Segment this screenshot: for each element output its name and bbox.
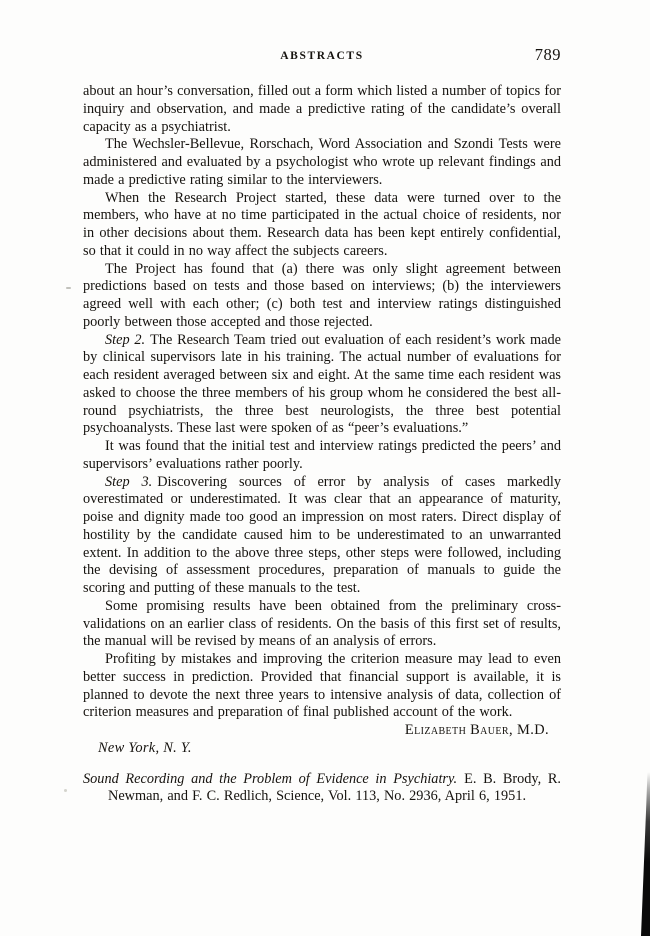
- page-number: 789: [535, 46, 561, 64]
- paragraph: Step 2.The Research Team tried out evalu…: [83, 332, 561, 439]
- paragraph-text: The Wechsler-Bellevue, Rorschach, Word A…: [83, 136, 561, 188]
- abstract-citation: Sound Recording and the Problem of Evide…: [83, 771, 561, 807]
- article-body: about an hour’s conversation, filled out…: [83, 83, 561, 806]
- paragraph: It was found that the initial test and i…: [83, 438, 561, 474]
- paragraph: The Wechsler-Bellevue, Rorschach, Word A…: [83, 136, 561, 189]
- running-title: ABSTRACTS: [83, 49, 561, 64]
- step-label: Step 2.: [105, 332, 145, 348]
- journal-page: ABSTRACTS 789 about an hour’s conversati…: [0, 0, 650, 936]
- paragraph: When the Research Project started, these…: [83, 190, 561, 261]
- paragraph: about an hour’s conversation, filled out…: [83, 83, 561, 136]
- paragraph-text: It was found that the initial test and i…: [83, 438, 561, 472]
- page-header: ABSTRACTS 789: [83, 49, 561, 64]
- text-column: ABSTRACTS 789 about an hour’s conversati…: [83, 49, 561, 806]
- paragraph-text: Discovering sources of error by analysis…: [83, 474, 561, 597]
- paragraph-text: Some promising results have been obtaine…: [83, 598, 561, 650]
- scan-artifact-streak: [641, 772, 650, 936]
- author-signature: Elizabeth Bauer, M.D.: [83, 722, 561, 740]
- paragraph-text: about an hour’s conversation, filled out…: [83, 83, 561, 135]
- author-location: New York, N. Y.: [83, 740, 561, 758]
- scan-artifact-speck: [66, 287, 71, 289]
- paragraph: Profiting by mistakes and improving the …: [83, 651, 561, 722]
- paragraph: The Project has found that (a) there was…: [83, 261, 561, 332]
- paragraph-text: Profiting by mistakes and improving the …: [83, 651, 561, 720]
- paragraph-text: The Project has found that (a) there was…: [83, 261, 561, 330]
- paragraph-text: When the Research Project started, these…: [83, 190, 561, 259]
- paragraph: Step 3.Discovering sources of error by a…: [83, 474, 561, 598]
- paragraph-text: The Research Team tried out evaluation o…: [83, 332, 561, 437]
- paragraph: Some promising results have been obtaine…: [83, 598, 561, 651]
- step-label: Step 3.: [105, 474, 152, 490]
- paragraphs: about an hour’s conversation, filled out…: [83, 83, 561, 722]
- citation-title: Sound Recording and the Problem of Evide…: [83, 771, 457, 787]
- scan-artifact-speck: [64, 789, 67, 792]
